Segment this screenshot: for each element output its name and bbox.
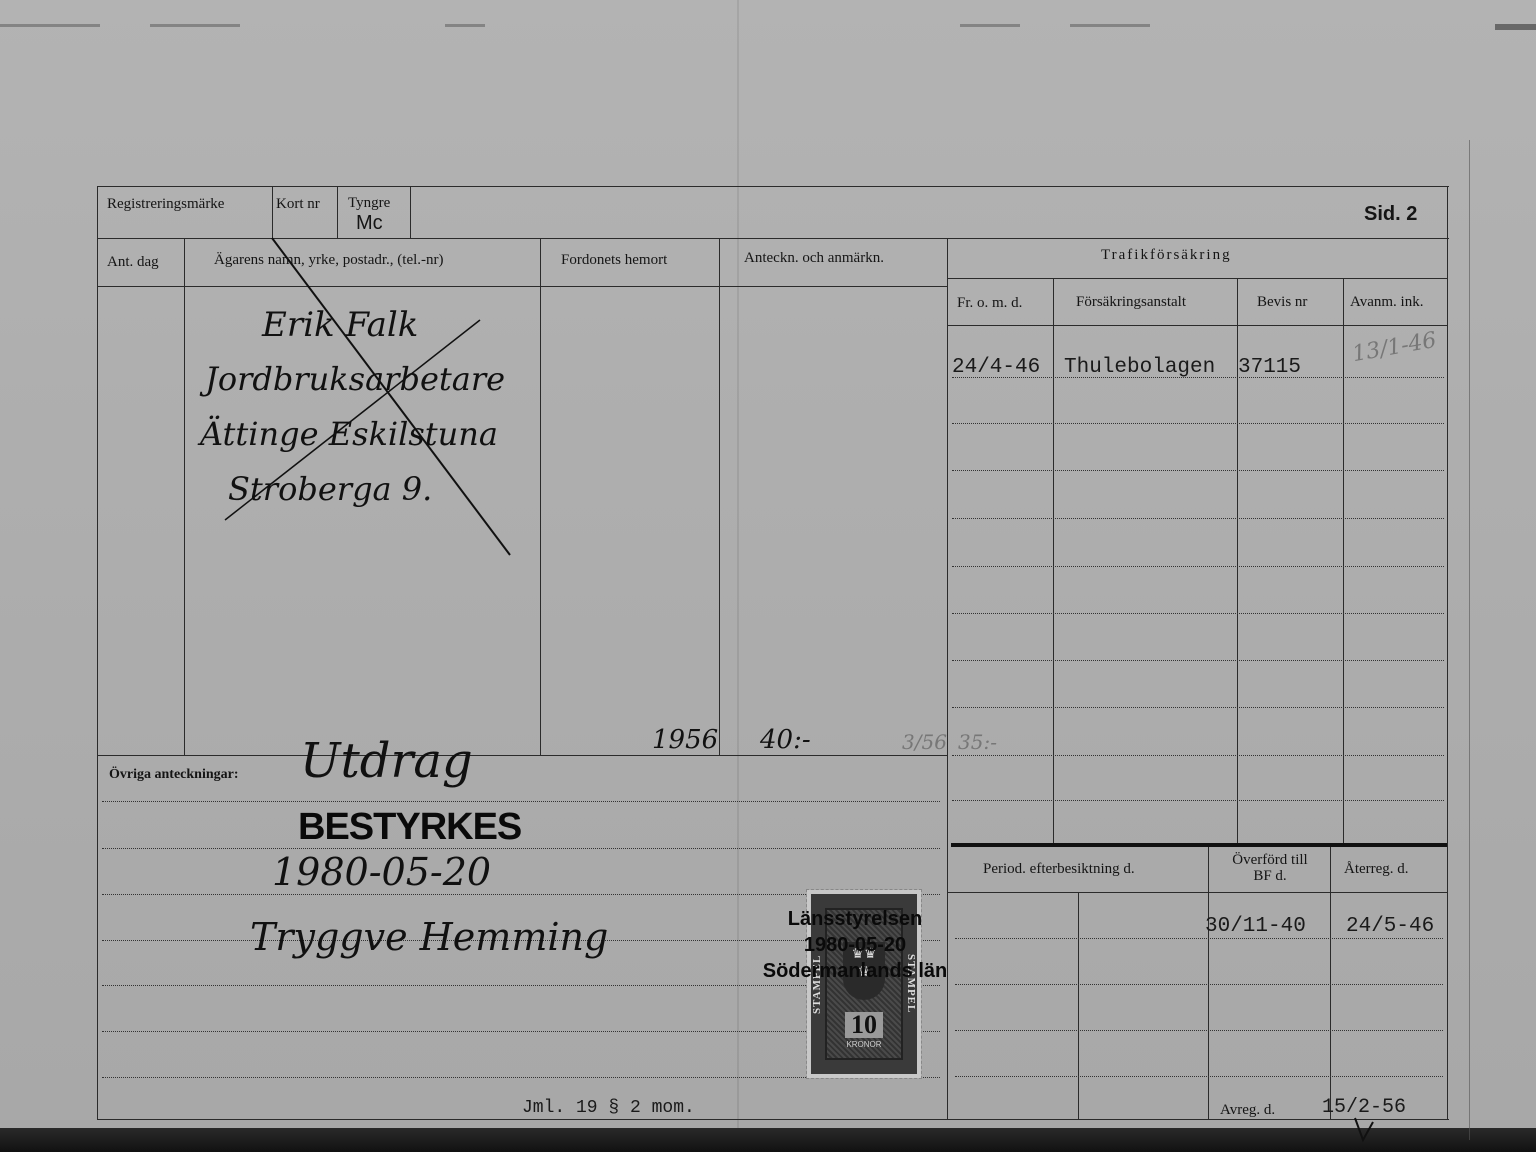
notes-amount: 40:- (760, 725, 811, 755)
insurance-cert-label: Bevis nr (1257, 294, 1307, 311)
certified-stamp: BESTYRKES (298, 806, 521, 849)
transfer-label-line1: Överförd till (1232, 852, 1307, 868)
faint-date: 3/56 (902, 730, 947, 754)
background-surface (0, 1128, 1536, 1152)
heavier-value: Mc (356, 212, 383, 235)
period-inspection-label: Period. efterbesiktning d. (983, 861, 1135, 878)
stamp-value: 10 (845, 1012, 883, 1038)
authority-name: Länsstyrelsen (750, 906, 960, 932)
insurance-company-label: Försäkringsanstalt (1076, 294, 1186, 311)
insurance-from-label: Fr. o. m. d. (957, 295, 1022, 312)
insurance-from-value: 24/4-46 (952, 356, 1040, 379)
owner-address: Ättinge Eskilstuna (200, 415, 498, 453)
extract-note: Utdrag (300, 733, 473, 789)
home-year: 1956 (652, 725, 718, 755)
dereg-value: 15/2-56 (1322, 1096, 1406, 1119)
top-bleed-marks (0, 20, 1536, 34)
authority-date: 1980-05-20 (750, 932, 960, 958)
stamp-unit: KRONOR (811, 1040, 917, 1049)
owner-name: Erik Falk (262, 305, 418, 345)
paper-fold (737, 0, 739, 1128)
faint-amount: 35:- (958, 730, 997, 754)
authority-county: Södermanlands län (750, 958, 960, 984)
rereg-value: 24/5-46 (1346, 915, 1434, 938)
dereg-label: Avreg. d. (1220, 1102, 1275, 1119)
owner-occupation: Jordbruksarbetare (205, 360, 505, 398)
column-home-label: Fordonets hemort (561, 252, 667, 269)
law-reference: Jml. 19 § 2 mom. (522, 1098, 695, 1118)
registration-mark-label: Registreringsmärke (107, 196, 224, 213)
heavier-label: Tyngre (348, 195, 390, 212)
signature: Tryggve Hemming (250, 915, 608, 959)
column-date-label: Ant. dag (107, 254, 159, 271)
other-notes-label: Övriga anteckningar: (109, 767, 239, 783)
column-notes-label: Anteckn. och anmärkn. (744, 250, 884, 267)
owner-street: Stroberga 9. (228, 470, 432, 508)
rereg-label: Återreg. d. (1344, 861, 1409, 878)
page-number: Sid. 2 (1364, 203, 1417, 226)
authority-stamp: Länsstyrelsen 1980-05-20 Södermanlands l… (750, 906, 960, 984)
insurance-company-value: Thulebolagen (1064, 356, 1215, 379)
column-owner-label: Ägarens namn, yrke, postadr., (tel.-nr) (214, 252, 444, 269)
paper-edge (1469, 140, 1470, 1140)
insurance-cert-value: 37115 (1238, 356, 1301, 379)
transfer-value: 30/11-40 (1205, 915, 1306, 938)
transfer-label: Överförd till BF d. (1212, 852, 1328, 884)
insurance-group-label: Trafikförsäkring (1101, 247, 1232, 264)
transfer-label-line2: BF d. (1253, 868, 1286, 884)
insurance-cancel-label: Avanm. ink. (1350, 294, 1423, 311)
card-number-label: Kort nr (276, 196, 320, 213)
certification-date: 1980-05-20 (272, 850, 491, 894)
